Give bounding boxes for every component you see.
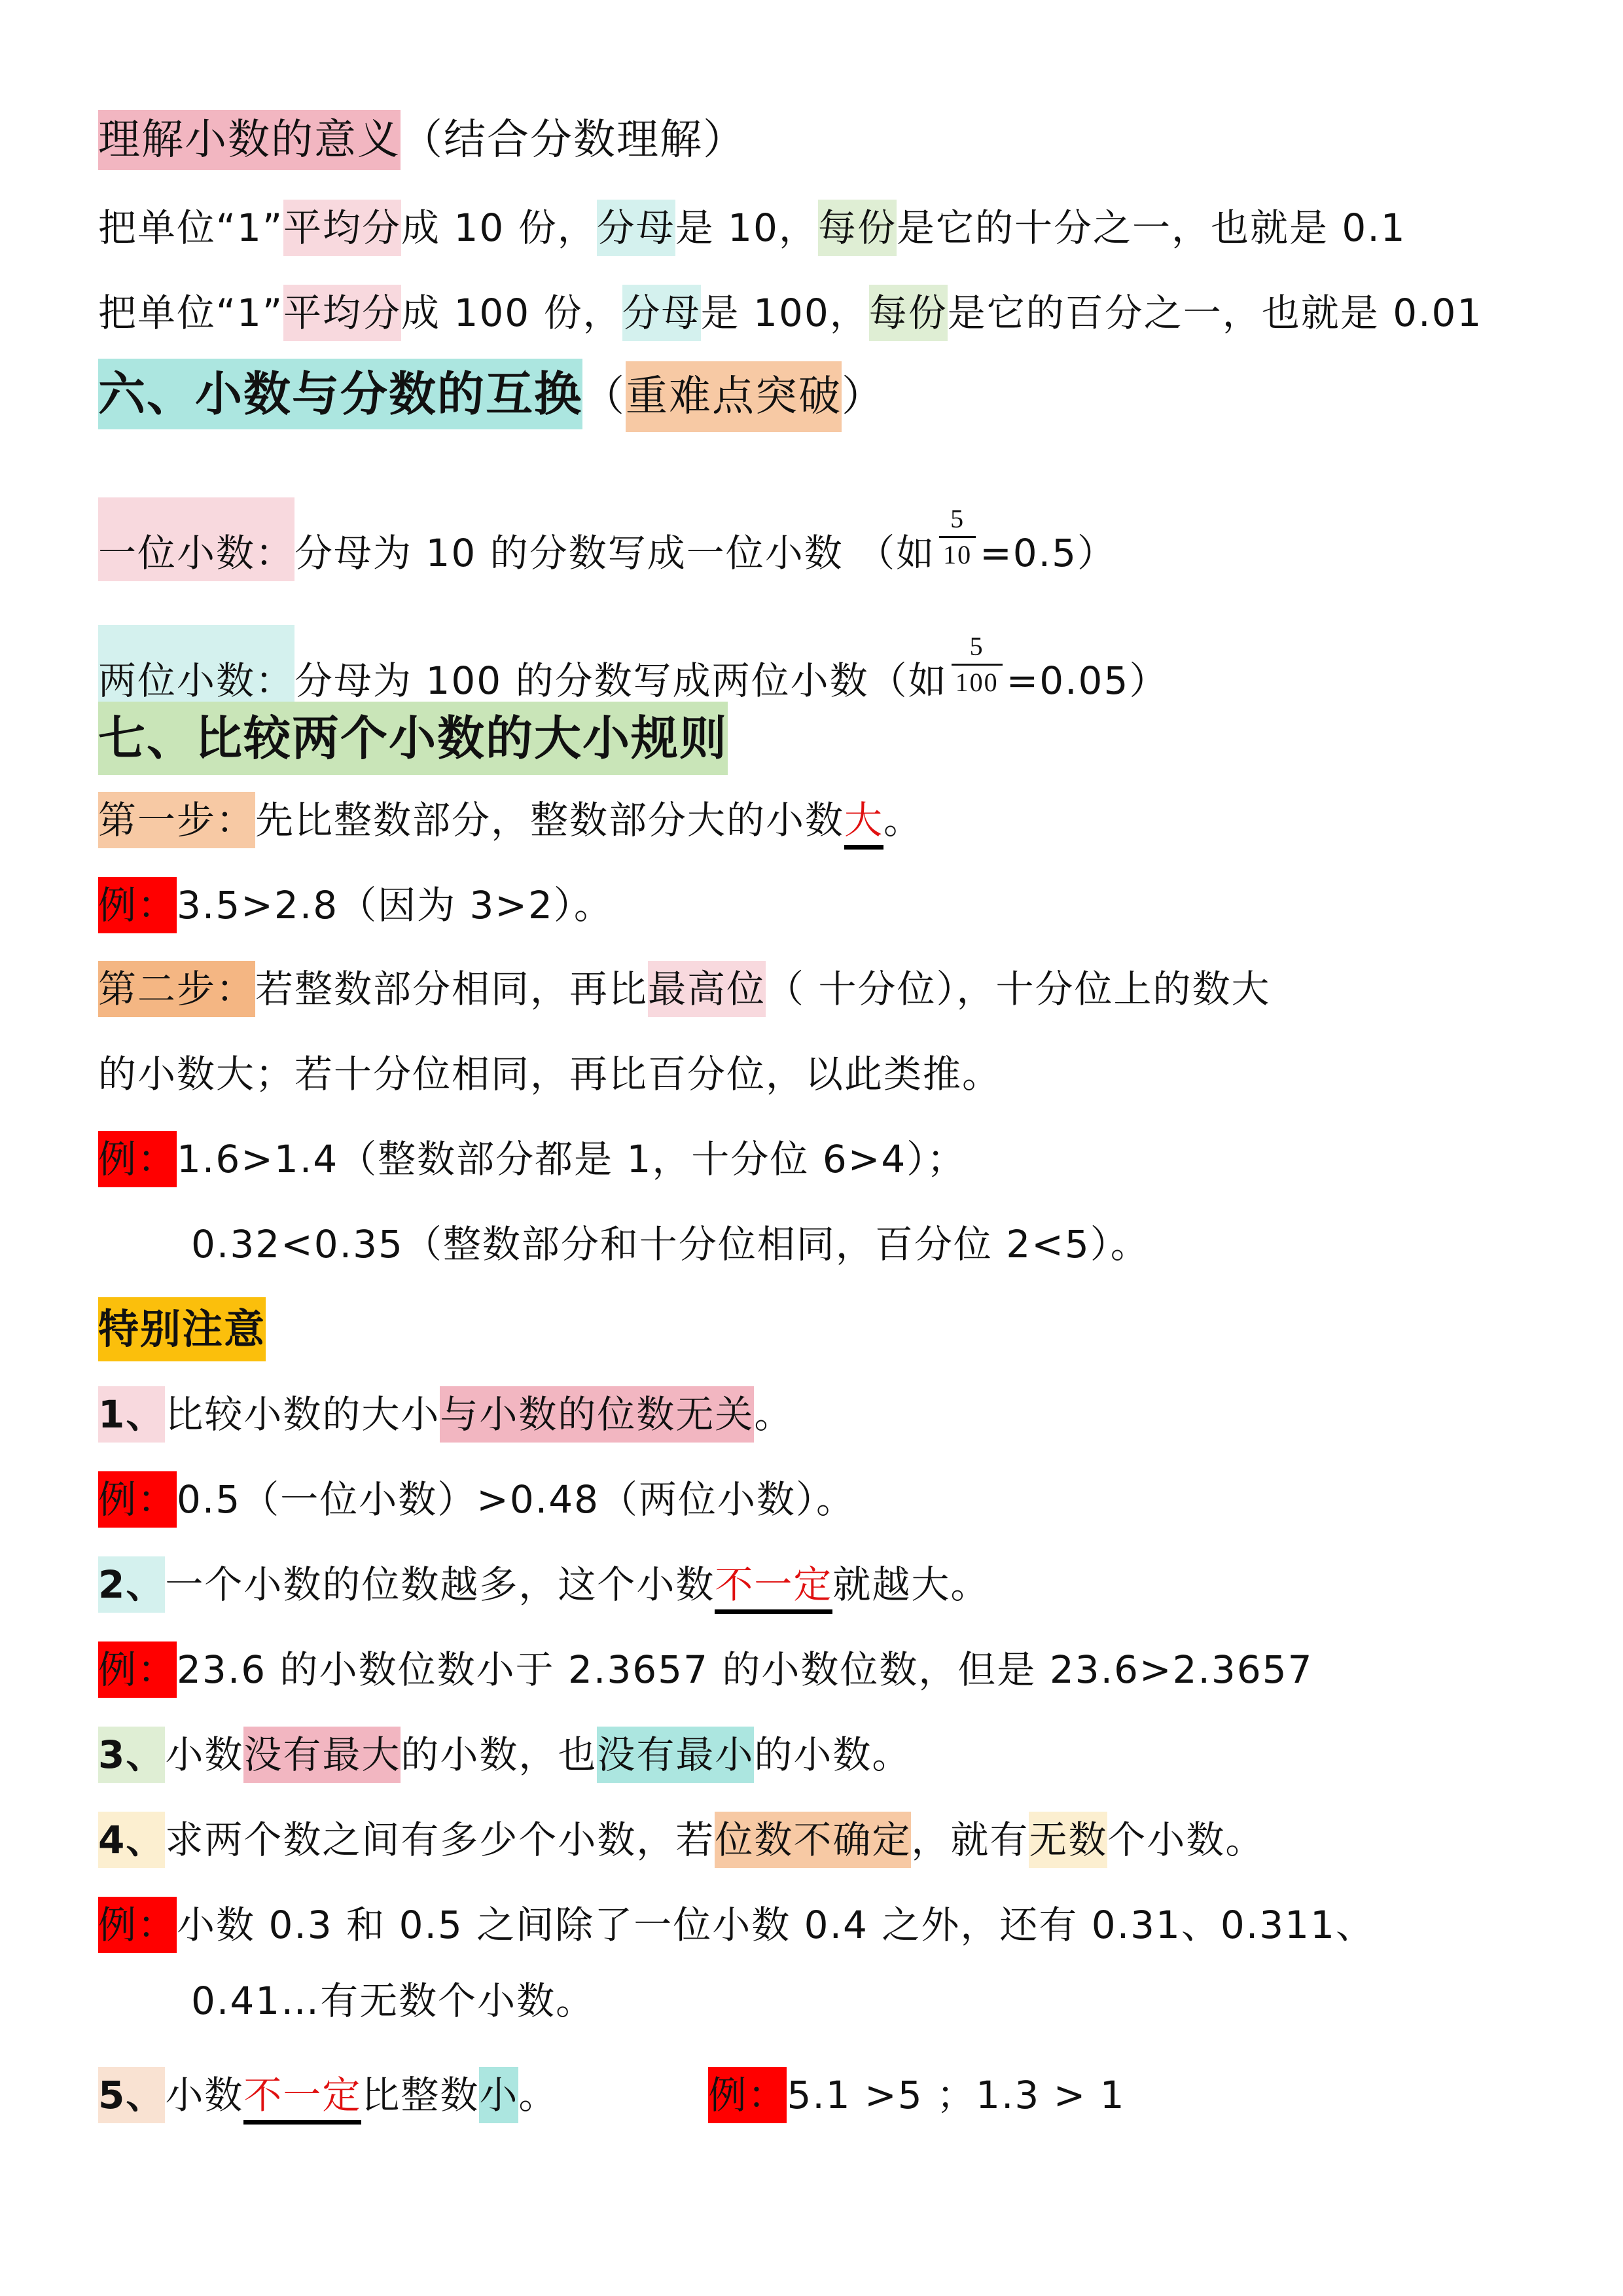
example-2-continued: 0.32<0.35（整数部分和十分位相同，百分位 2<5）。 xyxy=(191,1225,1150,1263)
meaning-heading: 理解小数的意义（结合分数理解） xyxy=(98,110,746,170)
section-7-heading: 七、比较两个小数的大小规则 xyxy=(98,702,728,775)
note-number: 3、 xyxy=(98,1727,165,1783)
denominator: 10 xyxy=(939,536,976,569)
notes-title: 特别注意 xyxy=(98,1297,266,1361)
example-2: 例：1.6>1.4（整数部分都是 1，十分位 6>4）； xyxy=(98,1131,966,1187)
text: 是 100， xyxy=(701,291,869,335)
text: 1.6>1.4（整数部分都是 1，十分位 6>4）； xyxy=(177,1137,966,1181)
note-number: 2、 xyxy=(98,1556,165,1613)
highlight-denominator: 分母 xyxy=(622,285,701,341)
note-4-example: 例：小数 0.3 和 0.5 之间除了一位小数 0.4 之外，还有 0.31、0… xyxy=(98,1897,1375,1953)
note-number: 1、 xyxy=(98,1386,165,1443)
text: 成 100 份， xyxy=(401,291,622,335)
meaning-subtitle: （结合分数理解） xyxy=(401,116,746,164)
example-label: 例： xyxy=(98,877,177,933)
highlight-no-largest: 没有最大 xyxy=(243,1727,401,1783)
two-decimal-label: 两位小数： xyxy=(98,625,294,709)
numerator: 5 xyxy=(946,505,969,536)
example-label: 例： xyxy=(98,1471,177,1528)
text: 个小数。 xyxy=(1107,1818,1264,1862)
text: 是 10， xyxy=(675,206,818,250)
highlight-average-split: 平均分 xyxy=(283,200,401,256)
step-1: 第一步：先比整数部分，整数部分大的小数大。 xyxy=(98,792,923,848)
example-label: 例： xyxy=(708,2067,787,2123)
emphasis-larger: 大 xyxy=(844,798,883,850)
text: 是它的百分之一，也就是 0.01 xyxy=(948,291,1483,335)
note-3: 3、小数没有最大的小数，也没有最小的小数。 xyxy=(98,1727,911,1783)
note-5: 5、小数不一定比整数小。例：5.1 >5 ；1.3 > 1 xyxy=(98,2067,1126,2123)
section-6-heading: 六、小数与分数的互换（重难点突破） xyxy=(98,359,885,432)
example-label: 例： xyxy=(98,1641,177,1698)
note-2-example: 例：23.6 的小数位数小于 2.3657 的小数位数，但是 23.6>2.36… xyxy=(98,1641,1313,1698)
text: 把单位“1” xyxy=(98,291,283,335)
text: 的小数，也 xyxy=(401,1732,597,1777)
note-number: 5、 xyxy=(98,2067,165,2123)
note-1-example: 例：0.5（一位小数）>0.48（两位小数）。 xyxy=(98,1471,855,1528)
text: 就越大。 xyxy=(832,1562,990,1607)
denominator: 100 xyxy=(952,664,1003,697)
highlight-denominator: 分母 xyxy=(597,200,675,256)
text: 。 xyxy=(754,1392,793,1437)
text: 一个小数的位数越多，这个小数 xyxy=(165,1562,715,1607)
text: 比较小数的大小 xyxy=(165,1392,440,1437)
text: 5.1 >5 ；1.3 > 1 xyxy=(787,2073,1125,2117)
step-2-label: 第二步： xyxy=(98,961,255,1017)
text: 小数 xyxy=(165,2073,243,2117)
highlight-smaller: 小 xyxy=(479,2067,518,2123)
text: 是它的十分之一，也就是 0.1 xyxy=(897,206,1406,250)
meaning-title: 理解小数的意义 xyxy=(98,110,401,170)
key-point-badge: 重难点突破 xyxy=(626,361,842,432)
section-6-title: 六、小数与分数的互换 xyxy=(98,359,582,429)
one-decimal-label: 一位小数： xyxy=(98,497,294,581)
one-decimal-rule: 一位小数：分母为 10 的分数写成一位小数 （如510=0.5） xyxy=(98,497,1116,588)
text: 成 10 份， xyxy=(401,206,597,250)
step-2-continued: 的小数大；若十分位相同，再比百分位，以此类推。 xyxy=(98,1055,1001,1093)
text: 。 xyxy=(518,2073,558,2117)
example-label: 例： xyxy=(98,1131,177,1187)
fraction-5-100: 5100 xyxy=(952,632,1003,697)
meaning-line-2: 把单位“1”平均分成 100 份，分母是 100，每份是它的百分之一，也就是 0… xyxy=(98,285,1482,341)
text: 先比整数部分，整数部分大的小数 xyxy=(255,798,844,842)
paren: ） xyxy=(842,372,885,421)
emphasis-not-necessarily: 不一定 xyxy=(715,1562,832,1614)
text: ，就有 xyxy=(911,1818,1029,1862)
text: 把单位“1” xyxy=(98,206,283,250)
text: 23.6 的小数位数小于 2.3657 的小数位数，但是 23.6>2.3657 xyxy=(177,1647,1313,1692)
text: 若整数部分相同，再比 xyxy=(255,967,648,1011)
highlight-average-split: 平均分 xyxy=(283,285,401,341)
text: 。 xyxy=(883,798,923,842)
step-1-label: 第一步： xyxy=(98,792,255,848)
note-number: 4、 xyxy=(98,1812,165,1868)
fraction-5-10: 510 xyxy=(939,505,976,569)
emphasis-not-necessarily: 不一定 xyxy=(243,2073,361,2125)
text: =0.05） xyxy=(1007,658,1169,703)
text: （ 十分位），十分位上的数大 xyxy=(766,967,1270,1011)
highlight-each-part: 每份 xyxy=(818,200,897,256)
section-7-title: 七、比较两个小数的大小规则 xyxy=(98,702,728,775)
step-2: 第二步：若整数部分相同，再比最高位（ 十分位），十分位上的数大 xyxy=(98,961,1271,1017)
example-1: 例：3.5>2.8（因为 3>2）。 xyxy=(98,877,613,933)
text: 的小数。 xyxy=(754,1732,911,1777)
text: =0.5） xyxy=(980,531,1116,575)
text: 求两个数之间有多少个小数，若 xyxy=(165,1818,715,1862)
text: 小数 0.3 和 0.5 之间除了一位小数 0.4 之外，还有 0.31、0.3… xyxy=(177,1903,1375,1947)
text: 3.5>2.8（因为 3>2）。 xyxy=(177,883,613,927)
highlight-infinite: 无数 xyxy=(1029,1812,1107,1868)
paren: （ xyxy=(582,372,626,421)
notes-heading: 特别注意 xyxy=(98,1297,266,1361)
highlight-each-part: 每份 xyxy=(869,285,948,341)
numerator: 5 xyxy=(966,632,988,664)
note-2: 2、一个小数的位数越多，这个小数不一定就越大。 xyxy=(98,1556,990,1613)
text: 分母为 10 的分数写成一位小数 （如 xyxy=(294,531,935,575)
text: 0.5（一位小数）>0.48（两位小数）。 xyxy=(177,1477,855,1522)
highlight-unrelated-digits: 与小数的位数无关 xyxy=(440,1386,754,1443)
highlight-highest-place: 最高位 xyxy=(648,961,766,1017)
text: 小数 xyxy=(165,1732,243,1777)
meaning-line-1: 把单位“1”平均分成 10 份，分母是 10，每份是它的十分之一，也就是 0.1 xyxy=(98,200,1406,256)
note-4-example-continued: 0.41…有无数个小数。 xyxy=(191,1982,595,2020)
highlight-no-smallest: 没有最小 xyxy=(597,1727,754,1783)
example-label: 例： xyxy=(98,1897,177,1953)
highlight-digits-uncertain: 位数不确定 xyxy=(715,1812,911,1868)
note-1: 1、比较小数的大小与小数的位数无关。 xyxy=(98,1386,793,1443)
text: 分母为 100 的分数写成两位小数（如 xyxy=(294,658,948,703)
note-4: 4、求两个数之间有多少个小数，若位数不确定，就有无数个小数。 xyxy=(98,1812,1264,1868)
text: 比整数 xyxy=(361,2073,479,2117)
